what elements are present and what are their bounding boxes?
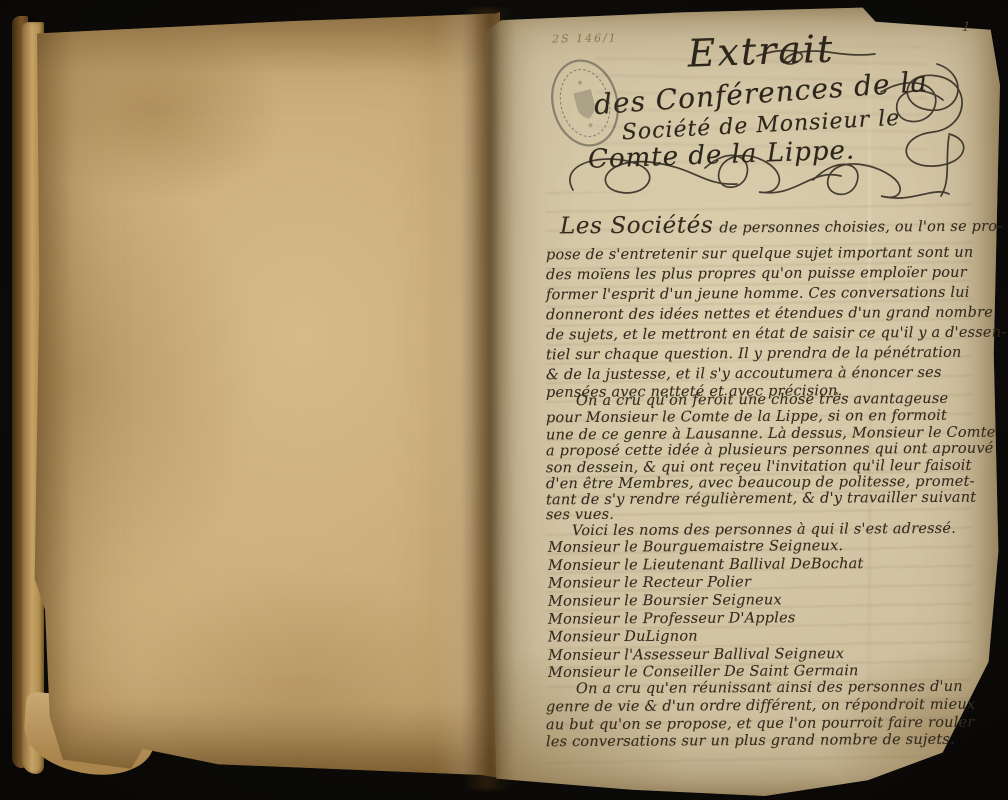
manuscript-line: les conversations sur un plus grand nomb…: [546, 732, 955, 750]
shelfmark: 2S 146/1: [552, 31, 618, 45]
manuscript-line-text: de personnes choisies, ou l'on se pro-: [719, 219, 1002, 237]
manuscript-line: de sujets, et le mettront en état de sai…: [546, 325, 1006, 344]
manuscript-line: On a cru qu'en réunissant ainsi des pers…: [576, 679, 963, 697]
manuscript-line: Voici les noms des personnes à qui il s'…: [572, 521, 956, 539]
name-list-item: Monsieur le Professeur D'Apples: [548, 610, 796, 628]
manuscript-line: pose de s'entretenir sur quelque sujet i…: [546, 245, 973, 264]
manuscript-line: former l'esprit d'un jeune homme. Ces co…: [546, 285, 970, 304]
name-list-item: Monsieur le Boursier Seigneux: [548, 592, 782, 609]
manuscript-line: donneront des idées nettes et étendues d…: [546, 305, 993, 324]
manuscript-line: a proposé cette idée à plusieurs personn…: [546, 441, 994, 460]
book-photo: 2S 146/1 1 Extrait des Conférences de la…: [0, 0, 1008, 800]
name-list-item: Monsieur le Bourguemaistre Seigneux.: [548, 538, 843, 556]
manuscript-line: ses vues.: [546, 507, 614, 523]
manuscript-line: genre de vie & d'un ordre différent, on …: [546, 697, 975, 716]
manuscript-line: On a cru qu'on feroit une chose très ava…: [576, 391, 948, 409]
name-list-item: Monsieur le Recteur Polier: [548, 574, 751, 591]
name-list-item: Monsieur DuLignon: [548, 629, 698, 646]
manuscript-line: tant de s'y rendre régulièrement, & d'y …: [546, 490, 976, 509]
name-list-item: Monsieur l'Assesseur Ballival Seigneux: [548, 646, 844, 664]
manuscript-line: pour Monsieur le Comte de la Lippe, si o…: [546, 408, 947, 426]
manuscript-line: des moïens les plus propres qu'on puisse…: [546, 265, 967, 284]
left-blank-page: [30, 12, 500, 778]
manuscript-line: & de la justesse, et il s'y accoutumera …: [546, 365, 942, 383]
manuscript-line: au but qu'on se propose, et que l'on pou…: [546, 715, 975, 734]
manuscript-line: tiel sur chaque question. Il y prendra d…: [546, 345, 962, 364]
left-page-shading: [30, 12, 500, 778]
name-list-item: Monsieur le Lieutenant Ballival DeBochat: [548, 556, 864, 574]
name-list-item: Monsieur le Conseiller De Saint Germain: [548, 663, 859, 681]
